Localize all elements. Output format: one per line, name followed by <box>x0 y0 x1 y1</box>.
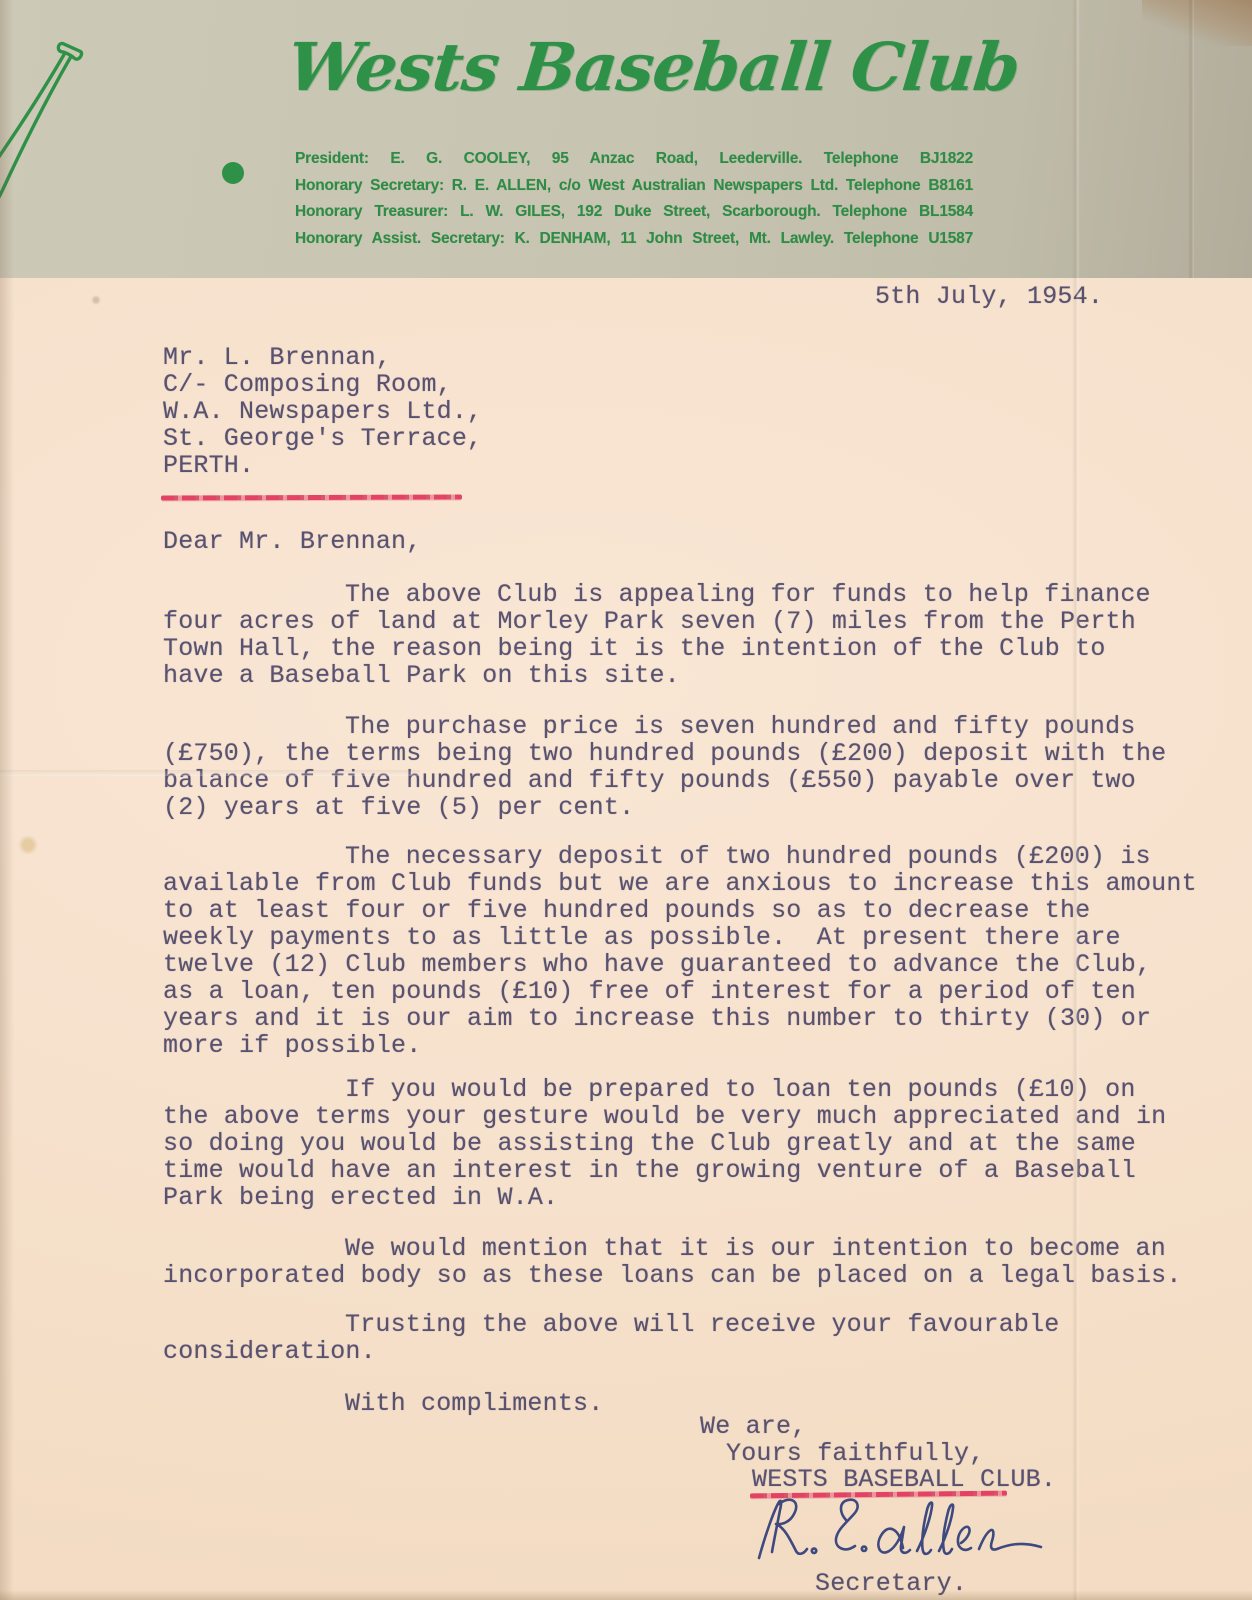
paragraph-line: more if possible. <box>163 1032 1175 1059</box>
paragraph: If you would be prepared to loan ten pou… <box>163 1076 1175 1211</box>
closing-club-name: WESTS BASEBALL CLUB. <box>752 1466 1056 1493</box>
paragraph-line: Town Hall, the reason being it is the in… <box>163 635 1175 662</box>
officer-line: Honorary Treasurer: L. W. GILES, 192 Duk… <box>295 199 973 226</box>
paragraph-line: four acres of land at Morley Park seven … <box>163 608 1175 635</box>
baseball-bat-icon <box>0 41 83 228</box>
closing-we-are: We are, <box>700 1413 806 1440</box>
address-line: St. George's Terrace, <box>163 425 482 452</box>
paragraph-line: available from Club funds but we are anx… <box>163 870 1175 897</box>
officer-line: Honorary Secretary: R. E. ALLEN, c/o Wes… <box>295 173 973 200</box>
paragraph-line: (2) years at five (5) per cent. <box>163 794 1175 821</box>
paragraph-line: incorporated body so as these loans can … <box>163 1262 1175 1289</box>
paragraph-line: as a loan, ten pounds (£10) free of inte… <box>163 978 1175 1005</box>
paragraph-line: time would have an interest in the growi… <box>163 1157 1175 1184</box>
paragraph-line: so doing you would be assisting the Club… <box>163 1130 1175 1157</box>
officer-list: President: E. G. COOLEY, 95 Anzac Road, … <box>295 146 973 252</box>
paragraph-with-compliments: With compliments. <box>163 1390 1175 1417</box>
paragraph-line: consideration. <box>163 1338 1175 1365</box>
paragraph: Trusting the above will receive your fav… <box>163 1311 1175 1365</box>
officer-line: President: E. G. COOLEY, 95 Anzac Road, … <box>295 146 973 173</box>
club-name: Wests Baseball Club <box>285 34 992 100</box>
paragraph-line: twelve (12) Club members who have guaran… <box>163 951 1175 978</box>
torn-paper-corner <box>1142 0 1252 46</box>
signature <box>745 1494 1065 1578</box>
letter-scan: Wests Baseball Club President: E. G. COO… <box>0 0 1252 1600</box>
paragraph-line: Trusting the above will receive your fav… <box>163 1311 1175 1338</box>
recipient-address: Mr. L. Brennan,C/- Composing Room,W.A. N… <box>163 344 482 479</box>
paragraph-line: (£750), the terms being two hundred poun… <box>163 740 1175 767</box>
baseball-icon <box>222 162 244 184</box>
letterhead: Wests Baseball Club President: E. G. COO… <box>0 0 1252 278</box>
paragraph: The necessary deposit of two hundred pou… <box>163 843 1175 1059</box>
paragraph-line: the above terms your gesture would be ve… <box>163 1103 1175 1130</box>
address-line: PERTH. <box>163 452 482 479</box>
address-line: C/- Composing Room, <box>163 371 482 398</box>
paragraph: We would mention that it is our intentio… <box>163 1235 1175 1289</box>
paper-fold <box>1188 0 1194 278</box>
letter-date: 5th July, 1954. <box>875 283 1103 310</box>
paragraph-line: With compliments. <box>163 1390 1175 1417</box>
paragraph-line: The above Club is appealing for funds to… <box>163 581 1175 608</box>
paragraph-line: to at least four or five hundred pounds … <box>163 897 1175 924</box>
letterhead-graphic <box>0 0 300 290</box>
closing-yours-faithfully: Yours faithfully, <box>726 1440 984 1467</box>
red-underline <box>161 494 462 500</box>
paragraph-line: The necessary deposit of two hundred pou… <box>163 843 1175 870</box>
address-line: Mr. L. Brennan, <box>163 344 482 371</box>
paragraph-line: weekly payments to as little as possible… <box>163 924 1175 951</box>
paragraph-line: If you would be prepared to loan ten pou… <box>163 1076 1175 1103</box>
address-line: W.A. Newspapers Ltd., <box>163 398 482 425</box>
paragraph-line: The purchase price is seven hundred and … <box>163 713 1175 740</box>
paragraph: The above Club is appealing for funds to… <box>163 581 1175 689</box>
officer-line: Honorary Assist. Secretary: K. DENHAM, 1… <box>295 226 973 253</box>
paragraph-line: years and it is our aim to increase this… <box>163 1005 1175 1032</box>
signature-title: Secretary. <box>815 1570 967 1597</box>
paragraph-line: have a Baseball Park on this site. <box>163 662 1175 689</box>
paragraph: The purchase price is seven hundred and … <box>163 713 1175 821</box>
paragraph-line: balance of five hundred and fifty pounds… <box>163 767 1175 794</box>
paragraph-line: Park being erected in W.A. <box>163 1184 1175 1211</box>
salutation: Dear Mr. Brennan, <box>163 528 421 555</box>
paragraph-line: We would mention that it is our intentio… <box>163 1235 1175 1262</box>
